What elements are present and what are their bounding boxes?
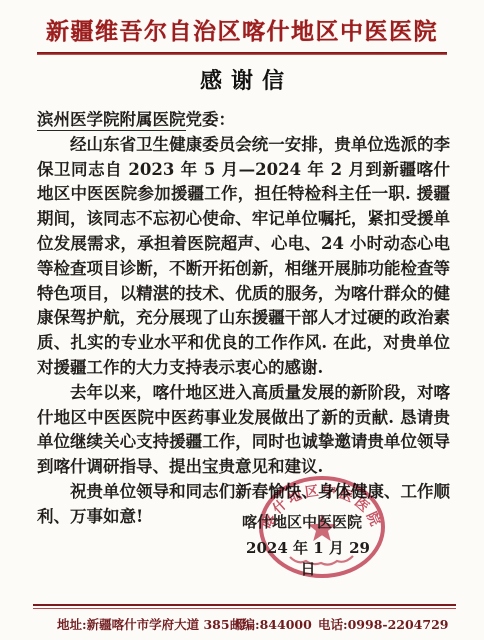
signature-org-name: 喀什地区中医医院	[242, 511, 362, 532]
org-name-title: 新疆维吾尔自治区喀什地区中医医院	[18, 13, 466, 46]
signature-date: 2024 年 1 月 29 日	[244, 537, 372, 579]
letter-header: 新疆维吾尔自治区喀什地区中医医院 感谢信	[0, 13, 484, 95]
footer-contact-row: 地址:新疆喀什市学府大道 385 号 邮编:844000 电话:0998-220…	[0, 613, 484, 639]
letter-footer: 地址:新疆喀什市学府大道 385 号 邮编:844000 电话:0998-220…	[0, 604, 484, 639]
salutation-recipient: 滨州医学院附属医院	[37, 110, 186, 131]
salutation-line: 滨州医学院附属医院党委：	[37, 108, 450, 133]
footer-address: 地址:新疆喀什市学府大道 385 号	[57, 615, 246, 633]
footer-phone: 电话:0998-2204729	[318, 615, 448, 633]
letter-body: 滨州医学院附属医院党委： 经山东省卫生健康委员会统一安排，贵单位选派的李保卫同志…	[37, 108, 450, 530]
footer-postal-code: 邮编:844000	[230, 615, 312, 633]
letter-page: 新疆维吾尔自治区喀什地区中医医院 感谢信 滨州医学院附属医院党委： 经山东省卫生…	[0, 0, 484, 640]
footer-rule-divider	[33, 604, 456, 609]
header-rule-divider	[37, 52, 447, 55]
paragraph-2: 去年以来，喀什地区进入高质量发展的新阶段，对喀什地区中医医院中医药事业发展做出了…	[37, 381, 450, 480]
document-title: 感谢信	[0, 64, 484, 95]
paragraph-1: 经山东省卫生健康委员会统一安排，贵单位选派的李保卫同志自 2023 年 5 月—…	[37, 133, 450, 381]
salutation-suffix: 党委：	[186, 110, 236, 129]
